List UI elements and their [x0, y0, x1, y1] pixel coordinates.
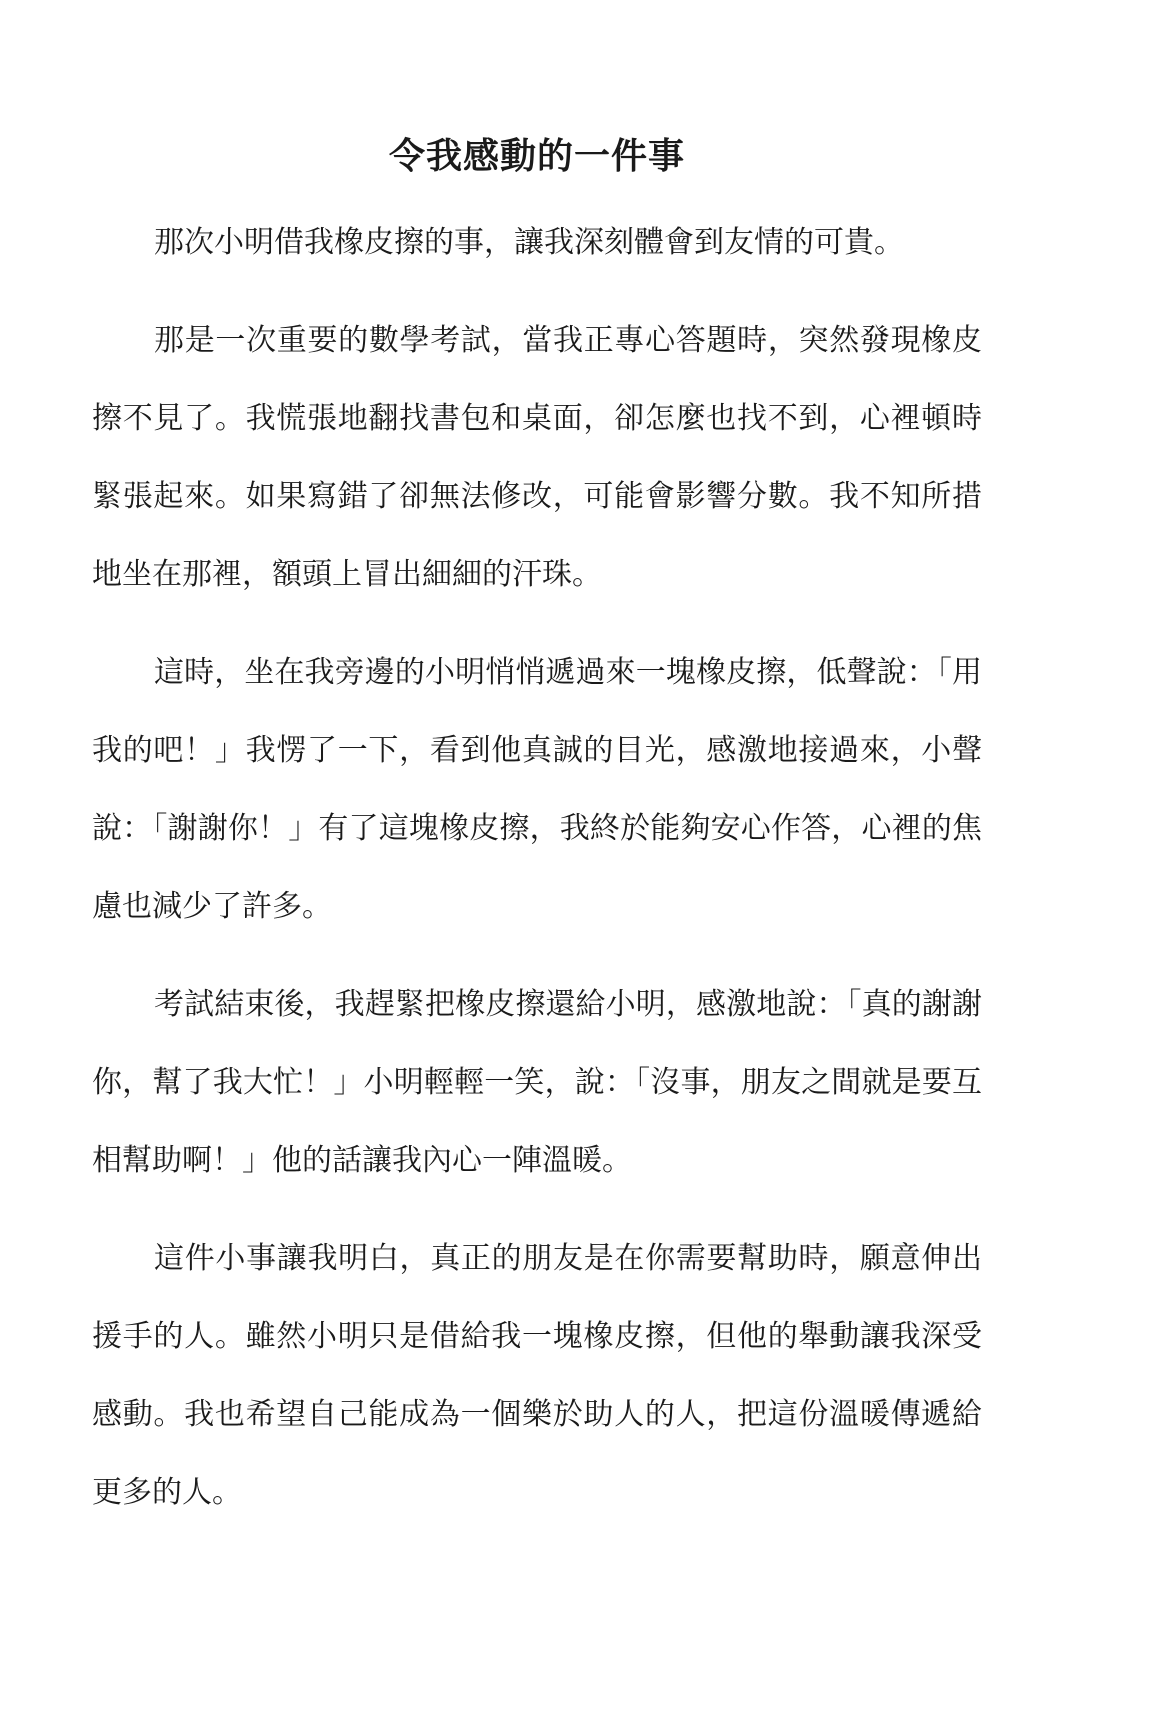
- essay-paragraph-3: 這時，坐在我旁邊的小明悄悄遞過來一塊橡皮擦，低聲說：「用我的吧！」我愣了一下，看…: [92, 634, 982, 946]
- document-content: 令我感動的一件事 那次小明借我橡皮擦的事，讓我深刻體會到友情的可貴。 那是一次重…: [92, 128, 982, 1532]
- essay-title: 令我感動的一件事: [92, 128, 982, 184]
- essay-paragraph-4: 考試結束後，我趕緊把橡皮擦還給小明，感激地說：「真的謝謝你，幫了我大忙！」小明輕…: [92, 966, 982, 1200]
- essay-paragraph-1: 那次小明借我橡皮擦的事，讓我深刻體會到友情的可貴。: [92, 204, 982, 282]
- essay-paragraph-2: 那是一次重要的數學考試，當我正專心答題時，突然發現橡皮擦不見了。我慌張地翻找書包…: [92, 302, 982, 614]
- essay-paragraph-5: 這件小事讓我明白，真正的朋友是在你需要幫助時，願意伸出援手的人。雖然小明只是借給…: [92, 1220, 982, 1532]
- document-page: 令我感動的一件事 那次小明借我橡皮擦的事，讓我深刻體會到友情的可貴。 那是一次重…: [0, 0, 1170, 1714]
